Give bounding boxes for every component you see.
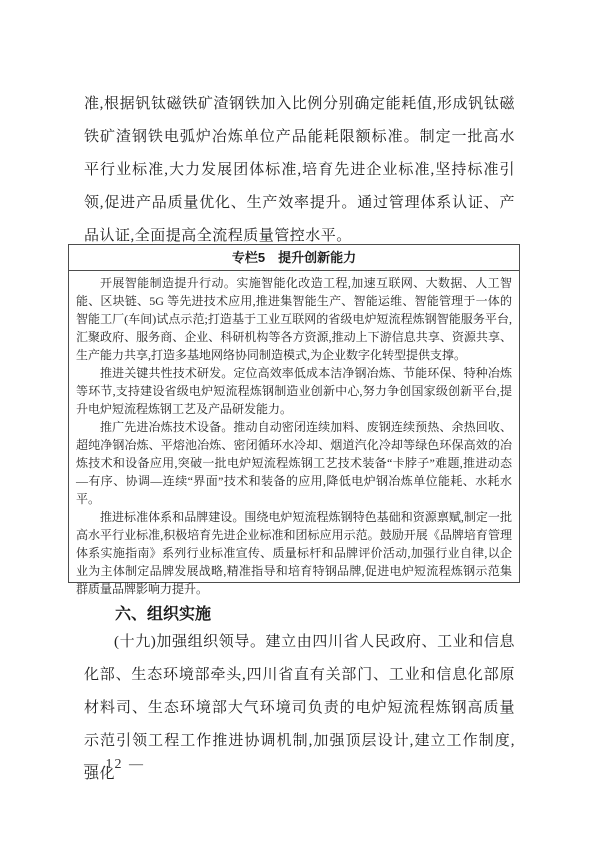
section-heading: 六、组织实施 [115, 601, 211, 624]
document-page: 准,根据钒钛磁铁矿渣钢铁加入比例分别确定能耗值,形成钒钛磁铁矿渣钢铁电弧炉冶炼单… [0, 0, 600, 848]
section-paragraph: (十九)加强组织领导。建立由四川省人民政府、工业和信息化部、生态环境部牵头,四川… [84, 626, 515, 791]
column-box-paragraph: 开展智能制造提升行动。实施智能化改造工程,加速互联网、大数据、人工智能、区块链、… [76, 274, 512, 364]
body-paragraph-top: 准,根据钒钛磁铁矿渣钢铁加入比例分别确定能耗值,形成钒钛磁铁矿渣钢铁电弧炉冶炼单… [84, 88, 515, 253]
column-box-title: 专栏5 提升创新能力 [69, 245, 519, 271]
column-box-body: 开展智能制造提升行动。实施智能化改造工程,加速互联网、大数据、人工智能、区块链、… [69, 271, 519, 602]
column-box: 专栏5 提升创新能力 开展智能制造提升行动。实施智能化改造工程,加速互联网、大数… [68, 244, 520, 583]
column-box-paragraph: 推广先进冶炼技术设备。推动自动密闭连续加料、废钢连续预热、余热回收、超纯净钢冶炼… [76, 418, 512, 508]
page-number: — 12 — [84, 757, 145, 773]
column-box-paragraph: 推进关键共性技术研发。定位高效率低成本洁净钢冶炼、节能环保、特种冶炼等环节,支持… [76, 364, 512, 418]
column-box-paragraph: 推进标准体系和品牌建设。围绕电炉短流程炼钢特色基础和资源禀赋,制定一批高水平行业… [76, 508, 512, 598]
